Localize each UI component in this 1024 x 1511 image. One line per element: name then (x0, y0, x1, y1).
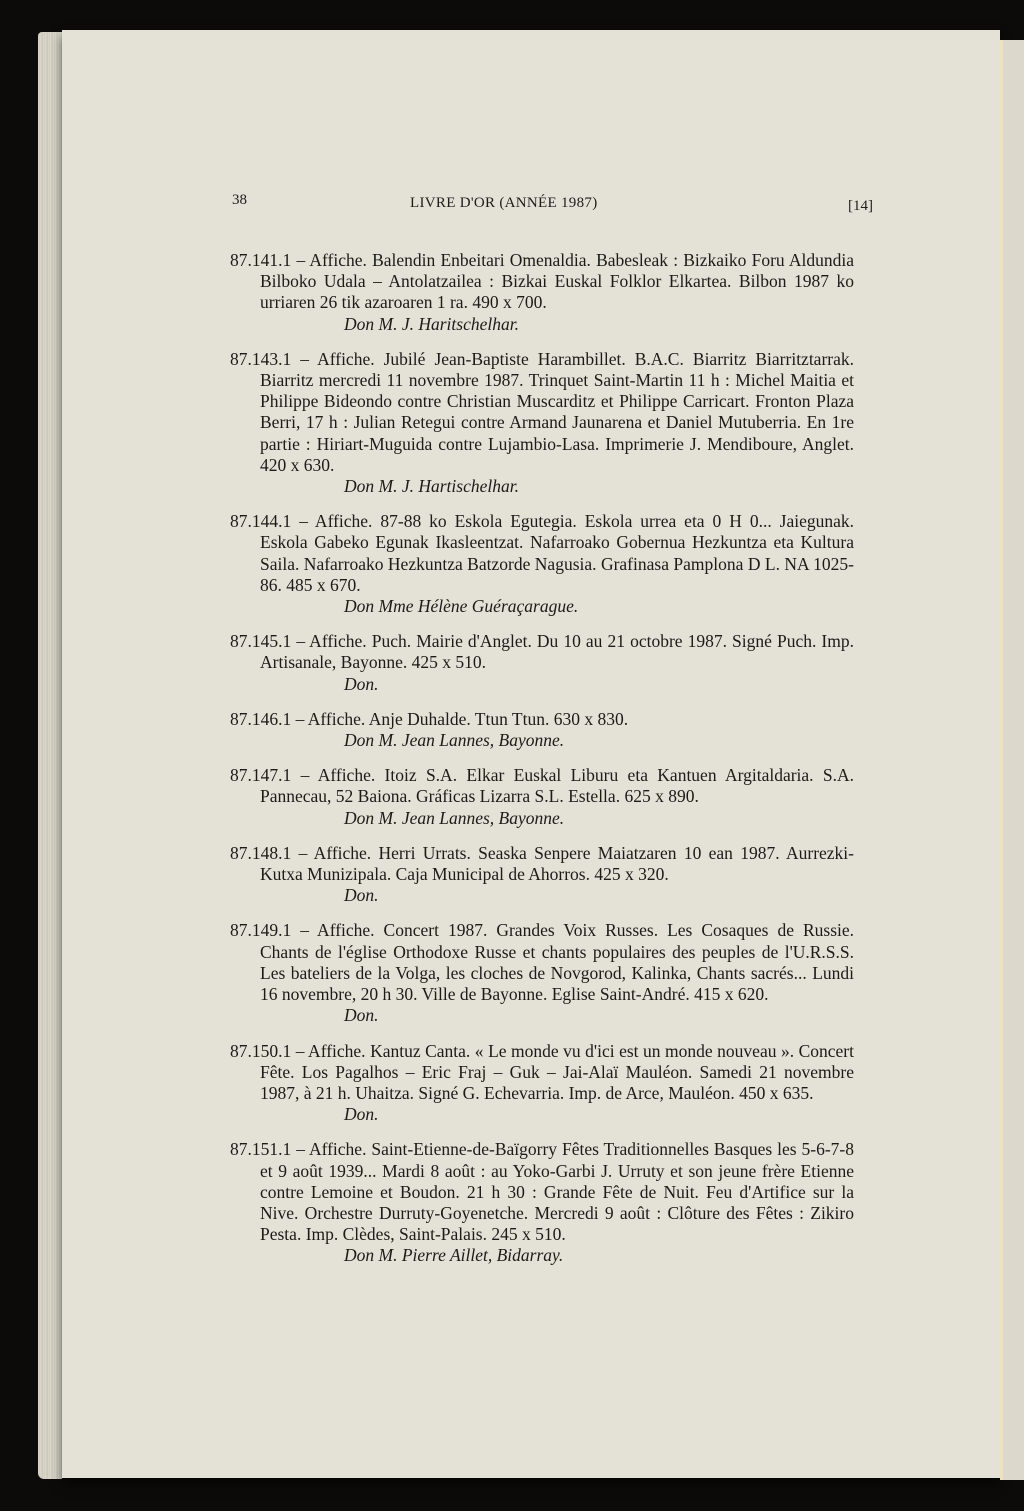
entry-id: 87.147.1 (230, 765, 291, 785)
catalogue-entry: 87.146.1 – Affiche. Anje Duhalde. Ttun T… (230, 709, 854, 751)
entry-text: – Affiche. Anje Duhalde. Ttun Ttun. 630 … (296, 709, 628, 729)
catalogue-entry: 87.145.1 – Affiche. Puch. Mairie d'Angle… (230, 631, 854, 695)
entry-donor: Don. (260, 674, 854, 695)
catalogue-entries: 87.141.1 – Affiche. Balendin Enbeitari O… (230, 250, 854, 1281)
entry-id: 87.143.1 (230, 349, 291, 369)
entry-text: – Affiche. Puch. Mairie d'Anglet. Du 10 … (260, 631, 854, 672)
page-edges (38, 32, 62, 1479)
page-number: 38 (232, 192, 247, 209)
entry-text: – Affiche. 87-88 ko Eskola Egutegia. Esk… (260, 511, 854, 595)
section-number: [14] (848, 198, 873, 215)
running-title: LIVRE D'OR (ANNÉE 1987) (410, 195, 598, 212)
catalogue-entry: 87.144.1 – Affiche. 87-88 ko Eskola Egut… (230, 511, 854, 617)
entry-id: 87.144.1 (230, 511, 291, 531)
entry-donor: Don. (260, 1104, 854, 1125)
entry-id: 87.148.1 (230, 843, 291, 863)
entry-donor: Don M. Jean Lannes, Bayonne. (260, 808, 854, 829)
entry-donor: Don M. J. Haritschelhar. (260, 314, 854, 335)
entry-donor: Don M. Pierre Aillet, Bidarray. (260, 1245, 854, 1266)
entry-text: – Affiche. Herri Urrats. Seaska Senpere … (260, 843, 854, 884)
catalogue-entry: 87.143.1 – Affiche. Jubilé Jean-Baptiste… (230, 349, 854, 497)
entry-text: – Affiche. Concert 1987. Grandes Voix Ru… (260, 920, 854, 1004)
entry-text: – Affiche. Saint-Etienne-de-Baïgorry Fêt… (260, 1139, 854, 1244)
catalogue-entry: 87.147.1 – Affiche. Itoiz S.A. Elkar Eus… (230, 765, 854, 829)
entry-donor: Don M. J. Hartischelhar. (260, 476, 854, 497)
entry-text: – Affiche. Kantuz Canta. « Le monde vu d… (260, 1041, 854, 1103)
entry-donor: Don M. Jean Lannes, Bayonne. (260, 730, 854, 751)
entry-donor: Don Mme Hélène Guéraçarague. (260, 596, 854, 617)
catalogue-entry: 87.150.1 – Affiche. Kantuz Canta. « Le m… (230, 1041, 854, 1126)
entry-id: 87.151.1 (230, 1139, 291, 1159)
entry-text: – Affiche. Balendin Enbeitari Omenaldia.… (260, 250, 854, 312)
catalogue-entry: 87.148.1 – Affiche. Herri Urrats. Seaska… (230, 843, 854, 907)
entry-id: 87.146.1 (230, 709, 291, 729)
facing-page-edge (1003, 40, 1024, 1480)
catalogue-entry: 87.141.1 – Affiche. Balendin Enbeitari O… (230, 250, 854, 335)
entry-id: 87.145.1 (230, 631, 291, 651)
catalogue-entry: 87.151.1 – Affiche. Saint-Etienne-de-Baï… (230, 1139, 854, 1266)
entry-id: 87.141.1 (230, 250, 291, 270)
entry-id: 87.150.1 (230, 1041, 291, 1061)
catalogue-entry: 87.149.1 – Affiche. Concert 1987. Grande… (230, 920, 854, 1026)
page-header: 38 LIVRE D'OR (ANNÉE 1987) [14] (230, 192, 875, 216)
entry-text: – Affiche. Jubilé Jean-Baptiste Harambil… (260, 349, 854, 475)
entry-id: 87.149.1 (230, 920, 291, 940)
entry-donor: Don. (260, 885, 854, 906)
entry-text: – Affiche. Itoiz S.A. Elkar Euskal Libur… (260, 765, 854, 806)
entry-donor: Don. (260, 1005, 854, 1026)
